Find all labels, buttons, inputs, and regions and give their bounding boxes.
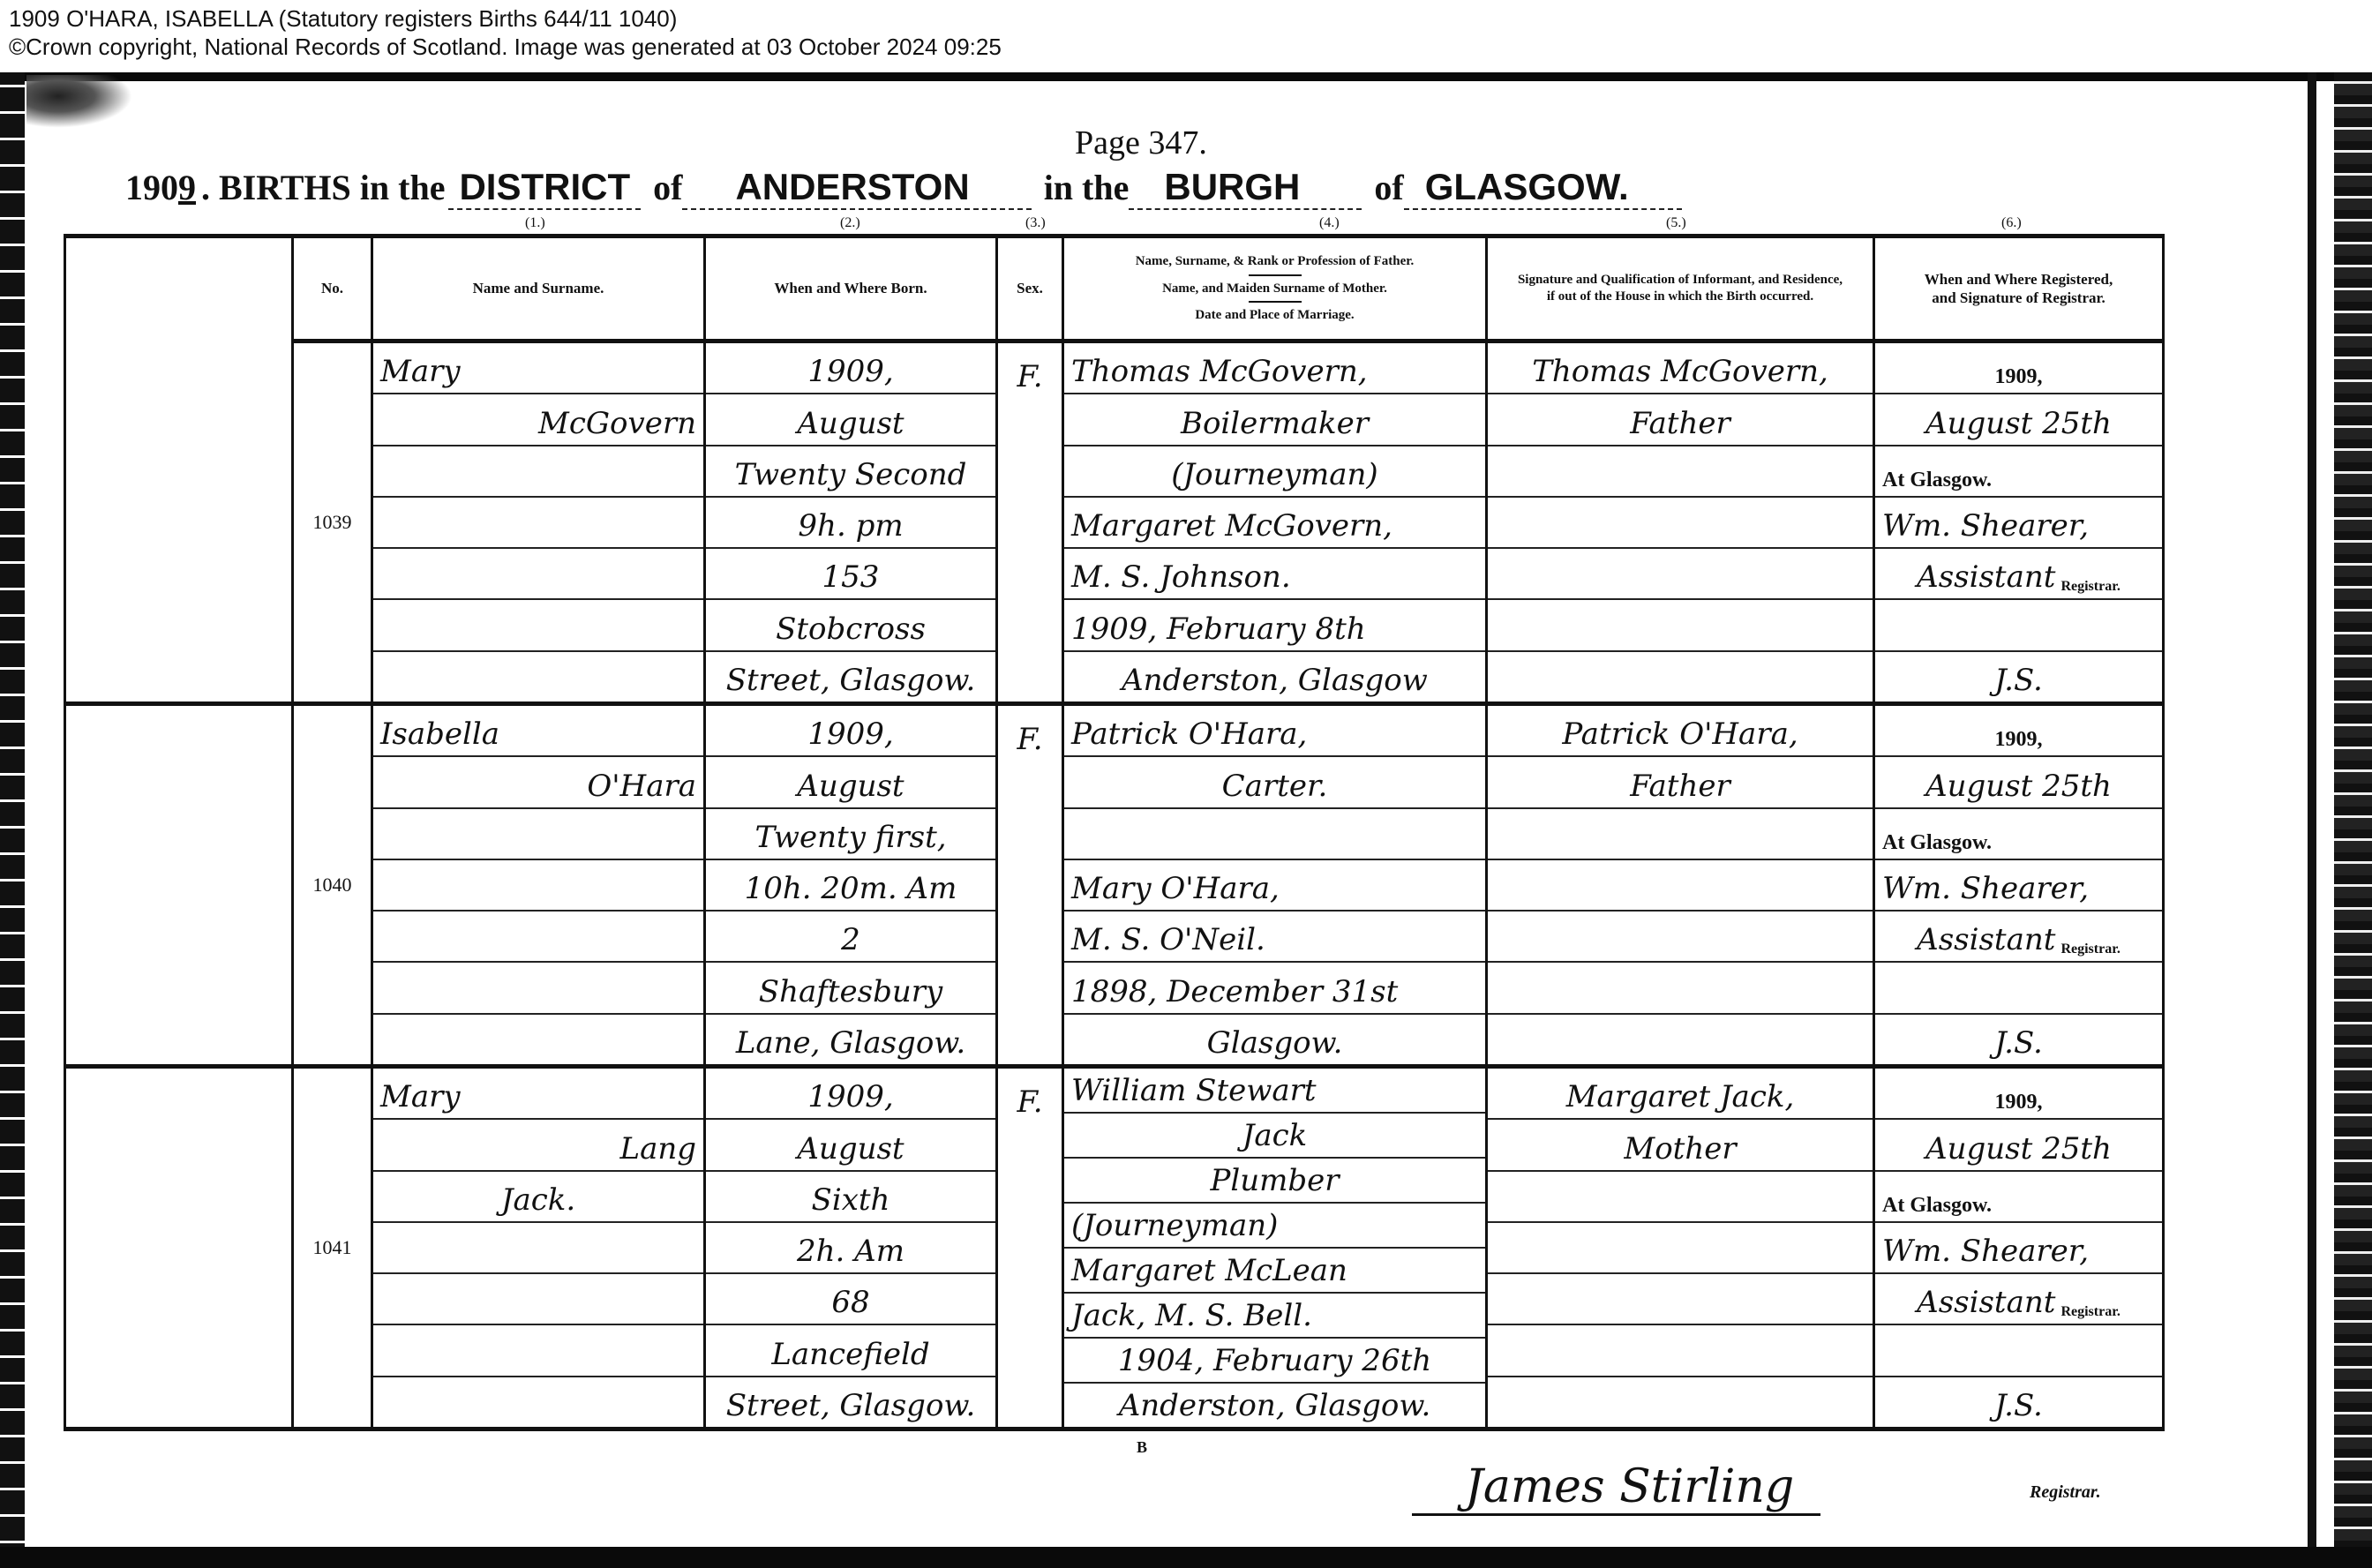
margin-cell: [65, 1067, 293, 1429]
parents-cell: Thomas McGovern,Boilermaker(Journeyman)M…: [1063, 341, 1487, 704]
header-registered: When and Where Registered, and Signature…: [1874, 236, 2164, 341]
scan-border-left: [0, 72, 25, 1568]
year-prefix: 190: [125, 167, 178, 208]
register-entry: 1041 MaryLangJack. 1909,AugustSixth2h. A…: [65, 1067, 2164, 1429]
name-line: [373, 1274, 703, 1325]
born-line: Street, Glasgow.: [706, 652, 995, 701]
sex-cell: F.: [997, 704, 1063, 1067]
registered-line: 1909,: [1875, 343, 2162, 394]
scan-border-right-inner: [2308, 72, 2316, 1555]
sex-cell: F.: [997, 341, 1063, 704]
parents-line: Thomas McGovern,: [1064, 343, 1485, 394]
entry-number-cell: 1040: [293, 704, 372, 1067]
registered-line: J.S.: [1875, 1015, 2162, 1064]
registered-line: [1875, 1325, 2162, 1377]
parents-line: Glasgow.: [1064, 1015, 1485, 1064]
registered-line: At Glasgow.: [1875, 1172, 2162, 1223]
child-name-cell: MaryMcGovern: [372, 341, 705, 704]
informant-line: Mother: [1488, 1120, 1873, 1171]
column-number-4: (4.): [1319, 215, 1340, 231]
informant-line: [1488, 860, 1873, 912]
header-divider: [1249, 301, 1302, 303]
registered-line: AssistantRegistrar.: [1875, 1274, 2162, 1325]
registration-cell: 1909,August 25thAt Glasgow.Wm. Shearer,A…: [1874, 341, 2164, 704]
informant-line: [1488, 809, 1873, 860]
header-name: Name and Surname.: [372, 236, 705, 341]
parents-line: Jack: [1064, 1114, 1485, 1159]
parents-line: Jack, M. S. Bell.: [1064, 1294, 1485, 1339]
registered-line: August 25th: [1875, 394, 2162, 446]
born-line: August: [706, 394, 995, 446]
record-title: 1909 O'HARA, ISABELLA (Statutory registe…: [9, 5, 677, 33]
margin-cell: [65, 704, 293, 1067]
born-line: 9h. pm: [706, 498, 995, 549]
name-line: Isabella: [373, 706, 703, 757]
name-line: [373, 446, 703, 498]
parents-line: Boilermaker: [1064, 394, 1485, 446]
registered-line: J.S.: [1875, 1377, 2162, 1427]
registered-line: J.S.: [1875, 652, 2162, 701]
column-number-1: (1.): [525, 215, 545, 231]
child-name: MaryLangJack.: [373, 1069, 703, 1427]
district-type: DISTRICT: [448, 166, 641, 210]
birth-details: 1909,AugustTwenty first,10h. 20m. Am2Sha…: [706, 706, 995, 1064]
born-line: Shaftesbury: [706, 963, 995, 1014]
born-line: 68: [706, 1274, 995, 1325]
informant-cell: Thomas McGovern,Father: [1487, 341, 1874, 704]
registered-line: AssistantRegistrar.: [1875, 912, 2162, 963]
register-entry: 1040 IsabellaO'Hara 1909,AugustTwenty fi…: [65, 704, 2164, 1067]
name-line: [373, 1325, 703, 1377]
parents-line: Patrick O'Hara,: [1064, 706, 1485, 757]
scan-smudge: [26, 75, 132, 128]
registered-line: At Glasgow.: [1875, 446, 2162, 498]
informant-line: [1488, 912, 1873, 963]
informant-line: Father: [1488, 394, 1873, 446]
informant-line: Thomas McGovern,: [1488, 343, 1873, 394]
informant-cell: Patrick O'Hara,Father: [1487, 704, 1874, 1067]
margin-cell: [65, 341, 293, 704]
born-line: Stobcross: [706, 600, 995, 651]
registered-line: At Glasgow.: [1875, 809, 2162, 860]
copyright-notice: ©Crown copyright, National Records of Sc…: [9, 34, 1002, 61]
header-divider: [1249, 274, 1302, 276]
name-line: [373, 963, 703, 1014]
name-line: Mary: [373, 343, 703, 394]
registered-line: 1909,: [1875, 1069, 2162, 1120]
parents-details: Patrick O'Hara,Carter.Mary O'Hara,M. S. …: [1064, 706, 1485, 1064]
parents-line: (Journeyman): [1064, 446, 1485, 498]
parents-details: William StewartJackPlumber(Journeyman)Ma…: [1064, 1069, 1485, 1427]
parents-line: William Stewart: [1064, 1069, 1485, 1114]
register-heading: 190 9 . BIRTHS in the DISTRICT of ANDERS…: [125, 166, 1682, 210]
header-parents-marriage: Date and Place of Marriage.: [1064, 307, 1485, 324]
header-parents-mother: Name, and Maiden Surname of Mother.: [1064, 281, 1485, 297]
parents-details: Thomas McGovern,Boilermaker(Journeyman)M…: [1064, 343, 1485, 701]
child-name-cell: IsabellaO'Hara: [372, 704, 705, 1067]
parents-line: Mary O'Hara,: [1064, 860, 1485, 912]
registered-line: August 25th: [1875, 1120, 2162, 1171]
informant-line: [1488, 549, 1873, 600]
born-line: Twenty Second: [706, 446, 995, 498]
entry-number-cell: 1039: [293, 341, 372, 704]
child-name: MaryMcGovern: [373, 343, 703, 701]
child-name-cell: MaryLangJack.: [372, 1067, 705, 1429]
registered-line: [1875, 963, 2162, 1014]
registered-line: AssistantRegistrar.: [1875, 549, 2162, 600]
registrar-suffix: Registrar.: [2060, 579, 2120, 595]
header-no: No.: [293, 236, 372, 341]
margin-header: [65, 236, 293, 341]
registered-line: August 25th: [1875, 757, 2162, 808]
informant-line: [1488, 1325, 1873, 1377]
scan-border-top: [0, 72, 2372, 81]
child-name: IsabellaO'Hara: [373, 706, 703, 1064]
column-number-6: (6.): [2001, 215, 2022, 231]
name-line: [373, 549, 703, 600]
sex-value: F.: [998, 706, 1062, 757]
informant-line: [1488, 1015, 1873, 1064]
scan-border-right: [2334, 72, 2372, 1568]
born-line: 1909,: [706, 343, 995, 394]
informant-line: [1488, 1223, 1873, 1274]
births-label: . BIRTHS in the: [201, 167, 445, 208]
parents-line: Anderston, Glasgow.: [1064, 1384, 1485, 1427]
header-parents-father: Name, Surname, & Rank or Profession of F…: [1064, 253, 1485, 270]
parents-line: Plumber: [1064, 1159, 1485, 1204]
birth-details: 1909,AugustSixth2h. Am68LancefieldStreet…: [706, 1069, 995, 1427]
parents-line: [1064, 809, 1485, 860]
name-line: Mary: [373, 1069, 703, 1120]
birth-details-cell: 1909,AugustTwenty Second9h. pm153Stobcro…: [705, 341, 997, 704]
born-line: 1909,: [706, 1069, 995, 1120]
register-entry: 1039 MaryMcGovern 1909,AugustTwenty Seco…: [65, 341, 2164, 704]
registration-details: 1909,August 25thAt Glasgow.Wm. Shearer,A…: [1875, 343, 2162, 701]
parents-line: Anderston, Glasgow: [1064, 652, 1485, 701]
entry-number-cell: 1041: [293, 1067, 372, 1429]
page-number: Page 347.: [1075, 124, 1207, 162]
parents-cell: William StewartJackPlumber(Journeyman)Ma…: [1063, 1067, 1487, 1429]
name-line: [373, 1223, 703, 1274]
page-mark: B: [1137, 1438, 1147, 1457]
scan-border-bottom: [0, 1547, 2372, 1568]
parents-line: M. S. O'Neil.: [1064, 912, 1485, 963]
header-parents: Name, Surname, & Rank or Profession of F…: [1063, 236, 1487, 341]
birth-details: 1909,AugustTwenty Second9h. pm153Stobcro…: [706, 343, 995, 701]
burgh-name: GLASGOW.: [1404, 166, 1682, 210]
informant-details: Thomas McGovern,Father: [1488, 343, 1873, 701]
parents-cell: Patrick O'Hara,Carter.Mary O'Hara,M. S. …: [1063, 704, 1487, 1067]
birth-details-cell: 1909,AugustSixth2h. Am68LancefieldStreet…: [705, 1067, 997, 1429]
registered-line: [1875, 600, 2162, 651]
name-line: [373, 809, 703, 860]
in-the-label: in the: [1044, 167, 1130, 208]
parents-line: Margaret McGovern,: [1064, 498, 1485, 549]
informant-details: Margaret Jack,Mother: [1488, 1069, 1873, 1427]
born-line: Lane, Glasgow.: [706, 1015, 995, 1064]
born-line: 153: [706, 549, 995, 600]
registration-cell: 1909,August 25thAt Glasgow.Wm. Shearer,A…: [1874, 1067, 2164, 1429]
parents-line: 1898, December 31st: [1064, 963, 1485, 1014]
year-digit: 9: [178, 167, 196, 208]
registrar-label: Registrar.: [2030, 1482, 2101, 1503]
births-register-table: No. Name and Surname. When and Where Bor…: [64, 234, 2165, 1431]
informant-cell: Margaret Jack,Mother: [1487, 1067, 1874, 1429]
registered-line: Wm. Shearer,: [1875, 1223, 2162, 1274]
name-line: [373, 860, 703, 912]
parents-line: Carter.: [1064, 757, 1485, 808]
entry-number: 1039: [294, 343, 371, 701]
name-line: [373, 912, 703, 963]
name-line: [373, 1377, 703, 1427]
parents-line: 1909, February 8th: [1064, 600, 1485, 651]
of-label-1: of: [653, 167, 682, 208]
header-row: No. Name and Surname. When and Where Bor…: [65, 236, 2164, 341]
parents-line: M. S. Johnson.: [1064, 549, 1485, 600]
registration-cell: 1909,August 25thAt Glasgow.Wm. Shearer,A…: [1874, 704, 2164, 1067]
born-line: August: [706, 757, 995, 808]
informant-line: [1488, 446, 1873, 498]
column-number-3: (3.): [1025, 215, 1046, 231]
informant-line: [1488, 1172, 1873, 1223]
name-line: [373, 600, 703, 651]
informant-line: [1488, 498, 1873, 549]
born-line: Sixth: [706, 1172, 995, 1223]
parents-line: 1904, February 26th: [1064, 1339, 1485, 1384]
informant-line: Father: [1488, 757, 1873, 808]
born-line: 10h. 20m. Am: [706, 860, 995, 912]
header-informant: Signature and Qualification of Informant…: [1487, 236, 1874, 341]
informant-line: [1488, 652, 1873, 701]
informant-line: [1488, 1377, 1873, 1427]
registered-line: Wm. Shearer,: [1875, 860, 2162, 912]
informant-line: [1488, 600, 1873, 651]
burgh-type: BURGH: [1129, 166, 1362, 210]
registered-line: Wm. Shearer,: [1875, 498, 2162, 549]
name-line: O'Hara: [373, 757, 703, 808]
district-name: ANDERSTON: [682, 166, 1031, 210]
name-line: Jack.: [373, 1172, 703, 1223]
registered-line: 1909,: [1875, 706, 2162, 757]
birth-details-cell: 1909,AugustTwenty first,10h. 20m. Am2Sha…: [705, 704, 997, 1067]
registrar-suffix: Registrar.: [2060, 1304, 2120, 1320]
born-line: Lancefield: [706, 1325, 995, 1377]
registrar-suffix: Registrar.: [2060, 942, 2120, 957]
registrar-signature: James Stirling: [1412, 1460, 1820, 1516]
informant-line: [1488, 1274, 1873, 1325]
of-label-2: of: [1374, 167, 1403, 208]
born-line: August: [706, 1120, 995, 1171]
informant-line: Margaret Jack,: [1488, 1069, 1873, 1120]
sex-value: F.: [998, 1069, 1062, 1120]
header-born: When and Where Born.: [705, 236, 997, 341]
entry-number: 1041: [294, 1069, 371, 1427]
informant-details: Patrick O'Hara,Father: [1488, 706, 1873, 1064]
born-line: 1909,: [706, 706, 995, 757]
informant-line: Patrick O'Hara,: [1488, 706, 1873, 757]
born-line: Twenty first,: [706, 809, 995, 860]
informant-line: [1488, 963, 1873, 1014]
header-sex: Sex.: [997, 236, 1063, 341]
registration-details: 1909,August 25thAt Glasgow.Wm. Shearer,A…: [1875, 706, 2162, 1064]
parents-line: Margaret McLean: [1064, 1249, 1485, 1294]
name-line: [373, 1015, 703, 1064]
parents-line: (Journeyman): [1064, 1204, 1485, 1249]
born-line: 2h. Am: [706, 1223, 995, 1274]
entry-number: 1040: [294, 706, 371, 1064]
sex-cell: F.: [997, 1067, 1063, 1429]
name-line: McGovern: [373, 394, 703, 446]
name-line: Lang: [373, 1120, 703, 1171]
name-line: [373, 498, 703, 549]
registration-details: 1909,August 25thAt Glasgow.Wm. Shearer,A…: [1875, 1069, 2162, 1427]
born-line: 2: [706, 912, 995, 963]
column-number-2: (2.): [840, 215, 860, 231]
born-line: Street, Glasgow.: [706, 1377, 995, 1427]
column-number-5: (5.): [1666, 215, 1686, 231]
name-line: [373, 652, 703, 701]
sex-value: F.: [998, 343, 1062, 394]
